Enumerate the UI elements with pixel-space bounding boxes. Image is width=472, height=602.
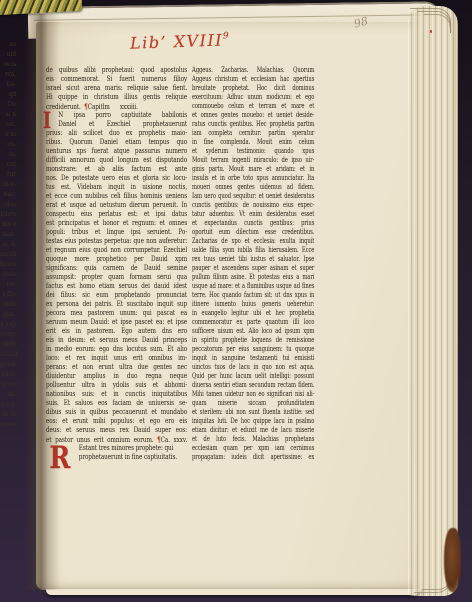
text-line: Zacharias de xpo et ecclesia: exulta inq… (192, 237, 314, 246)
text-line: suis. Et saluos eos faciam de uniuersis … (46, 399, 187, 408)
text-line: factus est homo etiam seruus dei dauid i… (46, 282, 187, 291)
text-line: pullum filium asine. Et potestas eius a … (192, 273, 314, 282)
body-text: in euangelio legitur ubi et hec propheti… (192, 309, 314, 317)
text-line: loco: et rex inquit unus erit omnibus im… (46, 354, 187, 363)
body-text: Quid per hunc lacum uelit intelligi: pos… (192, 372, 314, 380)
body-text: eis in deum: et seruus meus Dauid prince… (46, 336, 187, 344)
facing-line-fragment: rra. (0, 70, 17, 80)
text-line: commouebo celum et terram et mare et ari… (192, 102, 314, 111)
facing-line-fragment: umos (0, 420, 17, 430)
body-text: prius: alii scilicet duo ex prophetis ma… (46, 129, 187, 137)
text-line: ualde filia syon iubila filia hierusalem… (192, 246, 314, 255)
body-text: Daniel et Ezechiel prophetauerunt (58, 120, 187, 128)
text-line: uinctos tuos de lacu in quo non est aqua… (192, 363, 314, 372)
recto-page: Lib’ XVIII9 98 de quibus alibi prophetau… (36, 22, 446, 590)
body-text: insulis et in orbe toto xpus annunciatur… (192, 174, 314, 182)
text-line: Iam uero quod sequitur: et ueniet deside… (192, 192, 314, 201)
text-line: diuersa sentiri etiam secundum rectam fi… (192, 381, 314, 390)
body-text: commouebo celum et terram et mare et ari… (192, 102, 314, 111)
body-text: N ipsa porro captiuitate babilonis (58, 111, 187, 119)
facing-line-fragment: terry: (0, 330, 17, 340)
text-line: iam completa cernitur: partim speratur (192, 129, 314, 138)
facing-line-fragment: .De (0, 100, 17, 110)
text-line: ginis partu. Mouit mare et aridam: et in (192, 165, 314, 174)
body-text: rex tuus ueniet tibi iustus et saluator.… (192, 255, 314, 263)
text-line: Aggeus. Zacharias. Malachias. Quorum (192, 66, 314, 75)
body-text: perans: et non erunt ultra due gentes ne… (46, 363, 187, 371)
body-text: cunctis gentibus: de nouissimo eius expe… (192, 201, 314, 209)
text-line: Daniel et Ezechiel prophetauerunt (46, 120, 187, 129)
body-text: Aggeus christum et ecclesiam hac apertiu… (192, 75, 314, 83)
text-line: breuitate prophetat. Hoc dicit dominus (192, 84, 314, 93)
text-line: in medio eorum: ego dns locutus sum. Et … (46, 345, 187, 354)
facing-line-fragment: t ille (0, 290, 17, 300)
folio-number: 98 (353, 14, 370, 30)
text-line: monstrare: et ab aliis factum est ante (46, 165, 187, 174)
text-line: etiam dicitur: et eduxit me de lacu mise… (192, 426, 314, 435)
text-line: eis commemorat. Si fuerit numerus filioy (46, 75, 187, 84)
text-line: sufficere uisum est. Alio loco ad ipsum … (192, 327, 314, 336)
text-line: oportuit eum dilectum esse credentibus. (192, 228, 314, 237)
text-line: iniquitas luti. De hoc quippe lacu in ps… (192, 417, 314, 426)
facing-line-fragment: o ad- (0, 400, 17, 410)
facing-line-fragment: genies (0, 360, 17, 370)
text-line: quoque more prophetico per Dauid xpm (46, 255, 187, 264)
fore-edge-pages (408, 6, 458, 596)
text-line: pauper et ascendens super asinam et supe… (192, 264, 314, 273)
text-line: et sterilem: ubi non sunt fluenta iustit… (192, 408, 314, 417)
text-line: perans: et non erunt ultra due gentes ne… (46, 363, 187, 372)
body-text: nos. De potestate uero eius et gloria si… (46, 174, 187, 182)
body-text: oportuit eum dilectum esse credentibus. (192, 228, 314, 236)
body-text: ribus. Quorum Daniel etiam tempus quo (46, 138, 187, 146)
text-line: N ipsa porro captiuitate babilonis (46, 111, 187, 120)
body-text: de quibus alibi prophetaui: quod apostol… (46, 66, 187, 74)
text-line: insulis et in orbe toto xpus annunciatur… (192, 174, 314, 183)
facing-line-fragment: uid (0, 50, 17, 60)
text-line: itinere iumento huius generis ueheretur: (192, 300, 314, 309)
body-text: erit eis in pastorem. Ego autem dns ero (46, 327, 187, 335)
body-text: diuidentur amplius in duo regna neque (46, 372, 187, 380)
text-line: terre. Hoc quando factum sit: ut dns xpu… (192, 291, 314, 300)
facing-line-fragment: ba- (0, 80, 17, 90)
body-text: commemoratur ex parte quantum illi loco (192, 318, 314, 326)
body-text: usque ad mare: et a fluminibus usque ad … (192, 282, 314, 290)
body-text: assumpsit: propter quam formam serui qua (46, 273, 187, 281)
text-line: Aggeus christum et ecclesiam hac apertiu… (192, 75, 314, 84)
text-line: eos: et erunt mihi populus: et ego ero e… (46, 417, 187, 426)
facing-page-text-fragments: esuidocisrra.ba-qd.Desi nest.n inex-ia.o… (0, 40, 17, 430)
facing-line-fragment: lor. (0, 280, 17, 290)
text-column-right: Aggeus. Zacharias. Malachias. QuorumAgge… (192, 66, 314, 462)
body-text: dei filius: sic eum prophetando pronunci… (46, 291, 187, 299)
text-line: ribus. Quorum Daniel etiam tempus quo (46, 138, 187, 147)
body-text: significans: quia carnem de Dauid semine (46, 264, 187, 272)
body-text: est principatus et honor et regnum: et o… (46, 219, 187, 227)
body-text: ratus cunctis gentibus. Hec prophetia pa… (192, 120, 314, 128)
text-line: tus est. Videbam inquit in uisione nocti… (46, 183, 187, 192)
body-text: eis commemorat. Si fuerit numerus filioy (46, 75, 187, 83)
body-text: peccatorum per eius sanguinem: tu quoque (192, 345, 314, 353)
body-text: eos: et erunt mihi populus: et ego ero e… (46, 417, 187, 425)
text-line: diuidentur amplius in duo regna neque (46, 372, 187, 381)
body-text: quam miserie siccam profunditatem quodam… (192, 399, 314, 408)
facing-line-fragment: ocis (0, 60, 17, 70)
body-text: Ca. xxxv. (161, 436, 187, 444)
text-line: exercituum: Adhuc unum modicum: et ego (192, 93, 314, 102)
body-text: et ecce cum nubibus celi filius hominis … (46, 192, 187, 200)
body-text: polluentur ultra in ydolis suis et abhom… (46, 381, 187, 389)
body-text: Hi quippe in christum illius gentis reli… (46, 93, 187, 101)
body-text: breuitate prophetat. Hoc dicit dominus (192, 84, 314, 92)
body-text: in spiritu prophetie loquens de remissio… (192, 336, 314, 344)
text-line: de quibus alibi prophetaui: quod apostol… (46, 66, 187, 75)
facing-line-fragment: ex- (0, 140, 17, 150)
body-text: et syderum testimonio: quando xpus incar… (192, 147, 314, 156)
text-line: prius: alii scilicet duo ex prophetis ma… (46, 129, 187, 138)
body-text: pullum filium asine. Et potestas eius a … (192, 273, 314, 281)
body-text: et regnum eius quod non corrumpetur. Eze… (46, 246, 187, 254)
body-text: iniquitas luti. De hoc quippe lacu in ps… (192, 417, 314, 425)
text-line: uenturus xps fuerat atque passurus numer… (46, 147, 187, 156)
body-text: sufficere uisum est. Alio loco ad ipsum … (192, 327, 314, 335)
body-text: Aggeus. Zacharias. Malachias. Quorum (192, 66, 314, 74)
facing-line-fragment: est. (0, 120, 17, 130)
body-text: terre. Hoc quando factum sit: ut dns xpu… (192, 291, 314, 299)
facing-line-fragment: illdy (0, 340, 17, 350)
body-text: difficili annorum quod longum est disput… (46, 156, 187, 164)
facing-line-fragment: nicidi (0, 250, 17, 260)
facing-line-fragment: y su. (0, 380, 17, 390)
body-text: suis. Et saluos eos faciam de uniuersis … (46, 399, 187, 407)
facing-line-fragment: qd (0, 90, 17, 100)
body-text: et expectandus cunctis gentibus: prius (192, 219, 314, 227)
text-line: et expectandus cunctis gentibus: prius (192, 219, 314, 228)
text-line: nos. De potestate uero eius et gloria si… (46, 174, 187, 183)
text-line: in fine complenda. Mouit enim celum ange… (192, 138, 314, 147)
body-text: factus est homo etiam seruus dei dauid i… (46, 282, 187, 290)
body-text: itinere iumento huius generis ueheretur: (192, 300, 314, 308)
body-text: israel sicut arena maris: reliquie salue… (46, 84, 187, 92)
facing-line-fragment: n in (0, 130, 17, 140)
facing-line-fragment: ius e (0, 220, 17, 230)
text-line: et de luto fecis. Malachias prophetans (192, 435, 314, 444)
body-text: pauper et ascendens super asinam et supe… (192, 264, 314, 272)
text-line: usque ad mare: et a fluminibus usque ad … (192, 282, 314, 291)
body-text: uenturus xps fuerat atque passurus numer… (46, 147, 187, 155)
text-line: polluentur ultra in ydolis suis et abhom… (46, 381, 187, 390)
body-text: propagatam: iudeis dicit apertissime: ex (192, 453, 314, 461)
body-text: ualde filia syon iubila filia hierusalem… (192, 246, 314, 254)
text-line: populi: tribus et lingue ipsi seruient. … (46, 228, 187, 237)
text-line: nationibus suis: et in cunctis iniquitat… (46, 390, 187, 399)
running-title-text: Lib’ XVIII (130, 30, 224, 52)
body-text: nationibus suis: et in cunctis iniquitat… (46, 390, 187, 398)
body-text: Estant tres minores prophete: qui (79, 444, 174, 452)
text-line: Quid per hunc lacum uelit intelligi: pos… (192, 372, 314, 381)
book-photo: esuidocisrra.ba-qd.Desi nest.n inex-ia.o… (0, 0, 472, 602)
facing-line-fragment: ia. (0, 150, 17, 160)
body-text: et omnes gentes mouebo: et ueniet deside… (192, 111, 314, 119)
fore-edge-stain (444, 528, 461, 592)
text-line: significans: quia carnem de Dauid semine (46, 264, 187, 273)
rubricated-initial: I (43, 110, 51, 132)
body-text: monstrare: et ab aliis factum est ante (46, 165, 187, 173)
body-text: seruum meum Dauid: et ipse pascet ea: et… (46, 318, 187, 326)
body-text: inquit in sanguine testamenti tui emisis… (192, 354, 314, 362)
body-text: diuersa sentiri etiam secundum rectam fi… (192, 381, 314, 389)
text-line: peccatorum per eius sanguinem: tu quoque (192, 345, 314, 354)
body-text: ex persona dei patris. Et suscitabo inqu… (46, 300, 187, 308)
facing-line-fragment: lebro (0, 210, 17, 220)
text-column-left: de quibus alibi prophetaui: quod apostol… (46, 66, 187, 462)
text-line: crediderunt. ¶Capitlm xxxiiii. (46, 102, 187, 111)
facing-line-fragment: is. & (0, 240, 17, 250)
running-title: Lib’ XVIII9 (130, 30, 229, 52)
body-text: prophetauerunt in fine captiuitatis. (79, 453, 177, 461)
text-line: ratus cunctis gentibus. Hec prophetia pa… (192, 120, 314, 129)
text-line: israel sicut arena maris: reliquie salue… (46, 84, 187, 93)
body-text: erat et usque ad uetustum dierum perueni… (46, 201, 187, 209)
text-line: inquit in sanguine testamenti tui emisis… (192, 354, 314, 363)
body-text: uinctos tuos de lacu in quo non est aqua… (192, 363, 314, 371)
text-line: quam miserie siccam profunditatem quodam… (192, 399, 314, 408)
facing-line-fragment: obris (0, 270, 17, 280)
text-line: dibus suis in quibus peccauerunt et mund… (46, 408, 187, 417)
facing-line-fragment: th in (0, 410, 17, 420)
text-line: Mihi tamen uidetur non eo significari ni… (192, 390, 314, 399)
text-line: erit eis in pastorem. Ego autem dns ero (46, 327, 187, 336)
text-line: deus: et seruus meus rex Dauid super eos… (46, 426, 187, 435)
text-line: est principatus et honor et regnum: et o… (46, 219, 187, 228)
text-line: in euangelio legitur ubi et hec propheti… (192, 309, 314, 318)
body-text: Zacharias de xpo et ecclesia: exulta inq… (192, 237, 314, 245)
body-text: et de luto fecis. Malachias prophetans (192, 435, 314, 443)
body-text: Iam uero quod sequitur: et ueniet deside… (192, 192, 314, 200)
text-line: et omnes gentes mouebo: et ueniet deside… (192, 111, 314, 120)
text-line: assumpsit: propter quam formam serui qua (46, 273, 187, 282)
red-speck (430, 30, 432, 33)
body-text: in fine complenda. Mouit enim celum ange… (192, 138, 314, 147)
body-text: et sterilem: ubi non sunt fluenta iustit… (192, 408, 314, 416)
body-text: quoque more prophetico per Dauid xpm (46, 255, 187, 263)
body-text: loco: et rex inquit unus erit omnibus im… (46, 354, 187, 362)
facing-line-fragment: es (0, 40, 17, 50)
facing-line-fragment: gna. (0, 310, 17, 320)
facing-line-fragment: as. In (0, 390, 17, 400)
facing-line-fragment: mini: (0, 370, 17, 380)
text-line: et regnum eius quod non corrumpetur. Eze… (46, 246, 187, 255)
body-text: exercituum: Adhuc unum modicum: et ego (192, 93, 314, 101)
facing-line-fragment: mac (0, 190, 17, 200)
text-line: cunctis gentibus: de nouissimo eius expe… (192, 201, 314, 210)
text-line: erat et usque ad uetustum dierum perueni… (46, 201, 187, 210)
facing-line-fragment: si n (0, 110, 17, 120)
text-line: commemoratur ex parte quantum illi loco (192, 318, 314, 327)
text-line: tatur aduentus: Vt enim desideratus esse… (192, 210, 314, 219)
text-line: rex tuus ueniet tibi iustus et saluator.… (192, 255, 314, 264)
body-text: ecclesiam quam per xpm iam cernimus (192, 444, 314, 452)
facing-line-fragment: olos (0, 200, 17, 210)
body-text: testas eius potestas perpetua: que non a… (46, 237, 187, 245)
body-text: in medio eorum: ego dns locutus sum. Et … (46, 345, 187, 353)
text-line: seruum meum Dauid: et ipse pascet ea: et… (46, 318, 187, 327)
facing-line-fragment: transl (0, 350, 17, 360)
body-text: etiam dicitur: et eduxit me de lacu mise… (192, 426, 314, 434)
facing-line-fragment: dulo (0, 300, 17, 310)
text-line: in spiritu prophetie loquens de remissio… (192, 336, 314, 345)
body-text: Mouit terram ingenti miraculo: de ipso u… (192, 156, 314, 164)
text-line: et ecce cum nubibus celi filius hominis … (46, 192, 187, 201)
body-text: iam completa cernitur: partim speratur (192, 129, 314, 137)
body-text: tus est. Videbam inquit in uisione nocti… (46, 183, 187, 191)
running-title-flourish: 9 (223, 31, 229, 41)
text-line: testas eius potestas perpetua: que non a… (46, 237, 187, 246)
facing-line-fragment: ost (0, 160, 17, 170)
facing-line-fragment: tur (0, 170, 17, 180)
body-text: deus: et seruus meus rex Dauid super eos… (46, 426, 187, 434)
text-line: et syderum testimonio: quando xpus incar… (192, 147, 314, 156)
body-text: conspectu eius perlatus est: et ipsi dat… (46, 210, 187, 218)
text-line: difficili annorum quod longum est disput… (46, 156, 187, 165)
text-line: Mouit terram ingenti miraculo: de ipso u… (192, 156, 314, 165)
text-line: Hi quippe in christum illius gentis reli… (46, 93, 187, 102)
text-line: dei filius: sic eum prophetando pronunci… (46, 291, 187, 300)
body-text: dibus suis in quibus peccauerunt et mund… (46, 408, 187, 416)
text-line: ex persona dei patris. Et suscitabo inqu… (46, 300, 187, 309)
body-text: populi: tribus et lingue ipsi seruient. … (46, 228, 187, 236)
body-text: crediderunt. (46, 103, 84, 111)
text-line: moueri omnes gentes uidemus ad fidem. (192, 183, 314, 192)
facing-line-fragment: ch e- (0, 180, 17, 190)
text-line: propagatam: iudeis dicit apertissime: ex (192, 453, 314, 462)
body-text: Mihi tamen uidetur non eo significari ni… (192, 390, 314, 398)
body-text: pecora mea pastorem unum: qui pascat ea (46, 309, 187, 317)
body-text: moueri omnes gentes uidemus ad fidem. (192, 183, 314, 191)
facing-line-fragment: honis (0, 260, 17, 270)
facing-line-fragment: s sup (0, 320, 17, 330)
body-text: ginis partu. Mouit mare et aridam: et in (192, 165, 314, 173)
body-text: tatur aduentus: Vt enim desideratus esse… (192, 210, 314, 218)
text-line: conspectu eius perlatus est: et ipsi dat… (46, 210, 187, 219)
text-line: pecora mea pastorem unum: qui pascat ea (46, 309, 187, 318)
text-line: eis in deum: et seruus meus Dauid prince… (46, 336, 187, 345)
body-text: Capitlm xxxiiii. (88, 103, 138, 111)
rubricated-initial: R (49, 443, 70, 474)
text-line: ecclesiam quam per xpm iam cernimus (192, 444, 314, 453)
facing-line-fragment: niar- (0, 230, 17, 240)
